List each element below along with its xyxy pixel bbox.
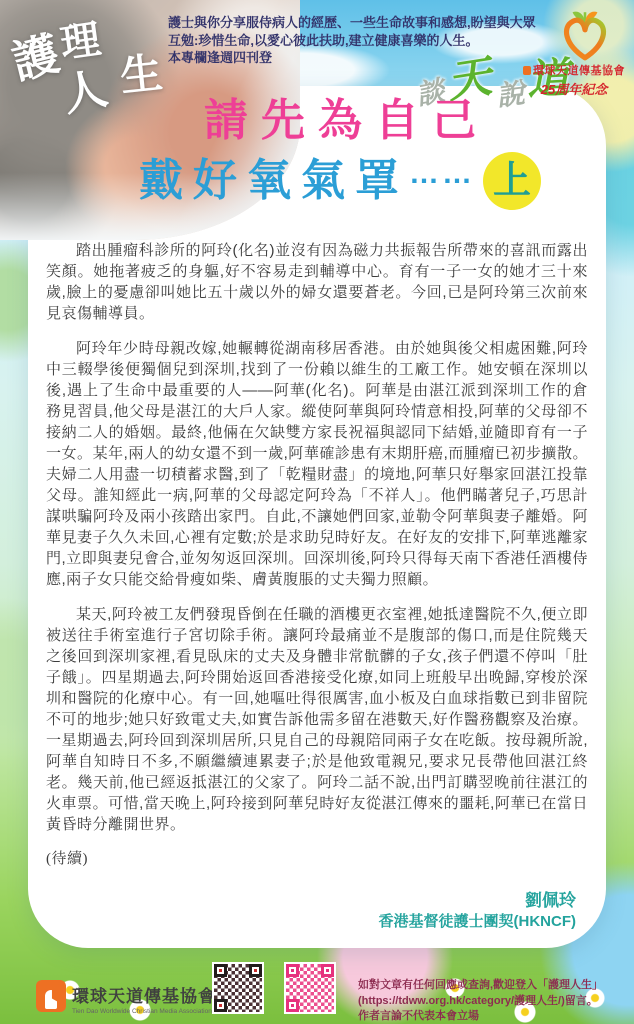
brand-org-name: 環球天道傳基協會 <box>516 62 632 78</box>
article-paragraph: 阿玲年少時母親改嫁,她輾轉從湖南移居香港。由於她與後父相處困難,阿玲中三輟學後便… <box>46 338 588 590</box>
column-description-line: 護士與你分享服侍病人的經歷、一些生命故事和感想,盼望與大眾 <box>168 14 564 32</box>
brand-org-block: 環球天道傳基協會 25周年紀念 <box>516 62 632 98</box>
article-title: 請先為自己 戴好氧氣罩 …… 上 <box>90 96 590 214</box>
qr-finder <box>286 964 299 977</box>
footer-note-line: 如對文章有任何回應或查詢,歡迎登入「護理人生」 <box>358 978 620 994</box>
qr-finder <box>286 999 299 1012</box>
footer-org-name-en: Tien Dao Worldwide Christian Media Assoc… <box>72 1008 216 1015</box>
part-badge: 上 <box>483 152 541 210</box>
qr-finder <box>249 964 262 977</box>
article-title-line2: 戴好氧氣罩 …… 上 <box>90 148 590 214</box>
column-title-char: 生 <box>117 40 165 104</box>
title-ellipsis-dots: …… <box>409 148 475 200</box>
qr-finder <box>214 999 227 1012</box>
to-be-continued-label: (待續) <box>46 849 588 870</box>
article-paragraph: 某天,阿玲被工友們發現昏倒在任職的酒樓更衣室裡,她抵達醫院不久,便立即被送往手術… <box>46 604 588 835</box>
signature-block: 劉佩玲 香港基督徒護士團契(HKNCF) <box>379 890 576 932</box>
part-badge-label: 上 <box>493 162 531 200</box>
article-title-line2-text: 戴好氧氣罩 <box>139 155 409 207</box>
footer-note-line: 作者言論不代表本會立場 <box>358 1009 620 1024</box>
qr-finder <box>214 964 227 977</box>
qr-finder <box>321 964 334 977</box>
article-body: 踏出腫瘤科診所的阿玲(化名)並沒有因為磁力共振報告所帶來的喜訊而露出笑顏。她拖著… <box>46 240 588 884</box>
author-organization: 香港基督徒護士團契(HKNCF) <box>379 912 576 932</box>
qr-code-1 <box>212 962 264 1014</box>
author-name: 劉佩玲 <box>379 890 576 912</box>
tiendao-logo-icon <box>36 980 66 1012</box>
article-paragraph: 踏出腫瘤科診所的阿玲(化名)並沒有因為磁力共振報告所帶來的喜訊而露出笑顏。她拖著… <box>46 240 588 324</box>
footer-org-name: 環球天道傳基協會 <box>72 982 216 1007</box>
qr-code-2 <box>284 962 336 1014</box>
mini-logo-icon <box>523 66 531 75</box>
article-title-line1: 請先為自己 <box>90 96 590 146</box>
footer-note-line: (https://tdww.org.hk/category/護理人生/)留言。 <box>358 994 620 1010</box>
footer-note: 如對文章有任何回應或查詢,歡迎登入「護理人生」 (https://tdww.or… <box>358 978 620 1024</box>
footer-org-block: 環球天道傳基協會 Tien Dao Worldwide Christian Me… <box>72 982 216 1015</box>
